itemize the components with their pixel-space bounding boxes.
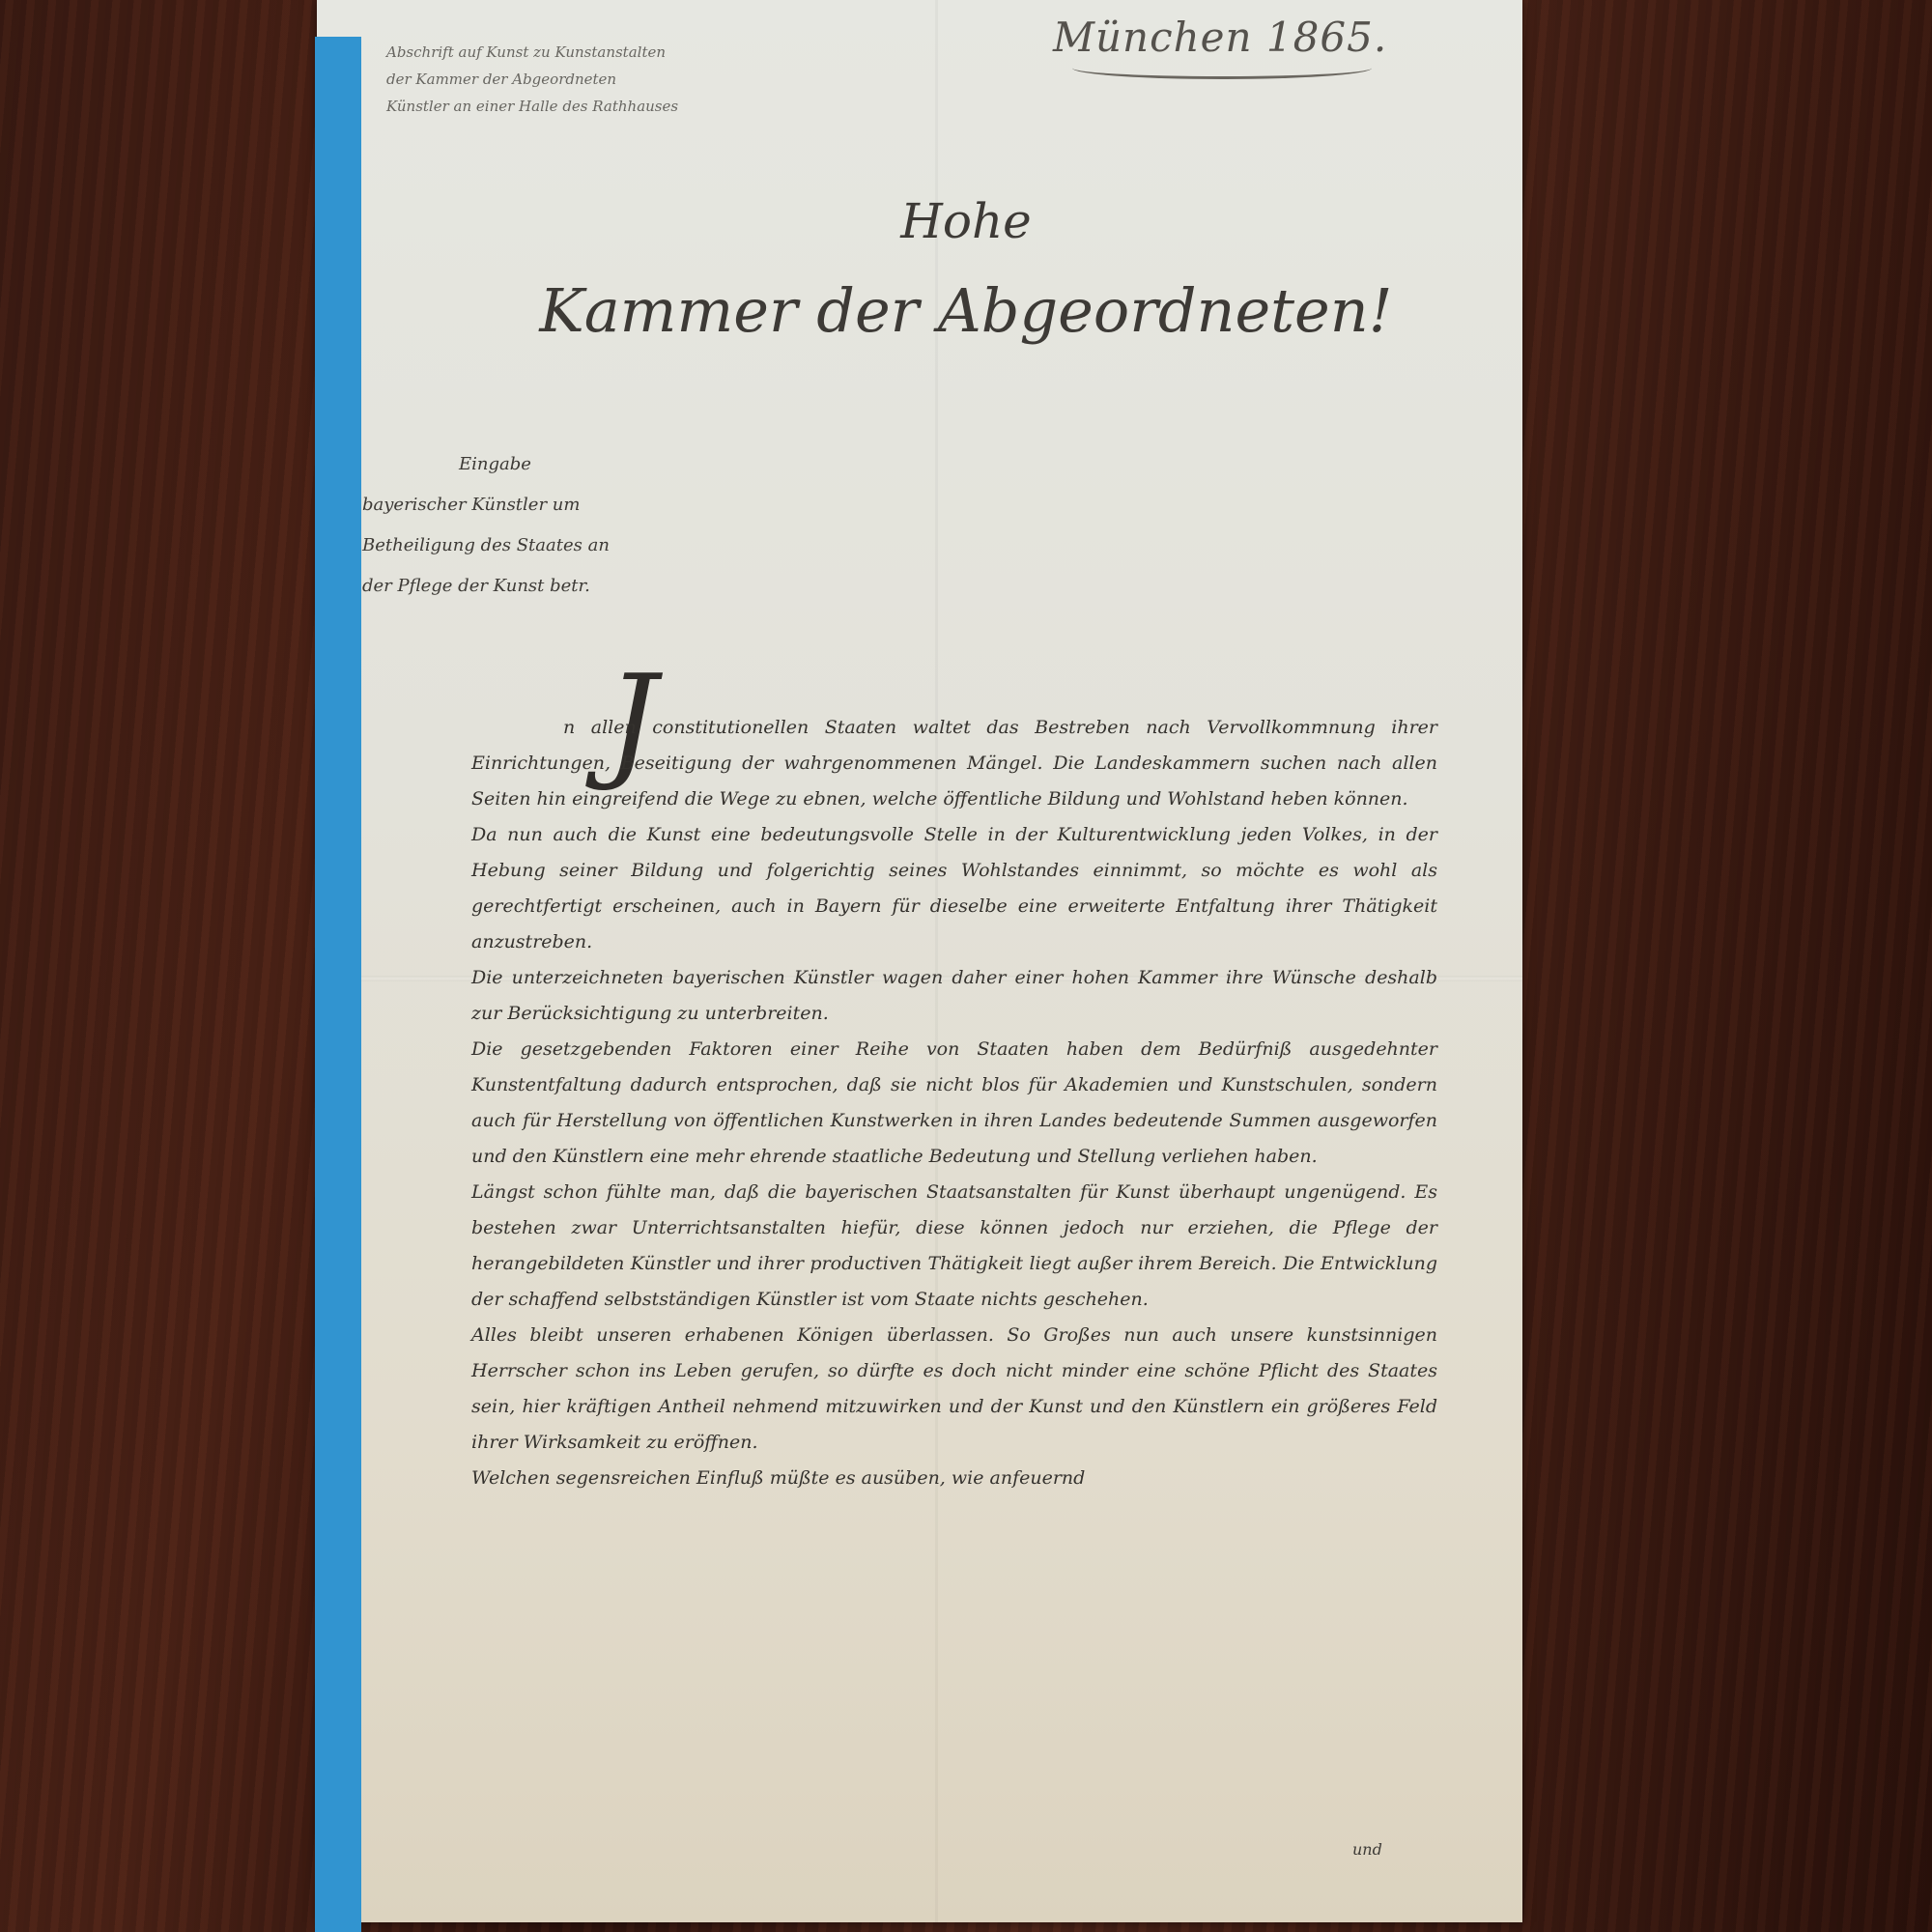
paragraph: Die gesetzgebenden Faktoren einer Reihe …	[471, 1032, 1437, 1175]
subject-block: Eingabe bayerischer Künstler um Betheili…	[362, 444, 749, 607]
subject-line: bayerischer Künstler um	[362, 485, 749, 526]
paragraph: Die unterzeichneten bayerischen Künstler…	[471, 960, 1437, 1032]
paragraph: Da nun auch die Kunst eine bedeutungsvol…	[471, 817, 1437, 960]
place-date-text: München 1865.	[1053, 14, 1387, 61]
place-date-heading: München 1865.	[1053, 14, 1387, 79]
salutation-line-1: Hohe	[0, 193, 1932, 249]
margin-note-line: Künstler an einer Halle des Rathhauses	[386, 93, 889, 120]
paragraph: Alles bleibt unseren erhabenen Königen ü…	[471, 1318, 1437, 1461]
paragraph: Längst schon fühlte man, daß die bayeris…	[471, 1175, 1437, 1318]
subject-line: Eingabe	[362, 444, 749, 485]
subject-line: der Pflege der Kunst betr.	[362, 566, 749, 607]
paragraph: Welchen segensreichen Einfluß müßte es a…	[471, 1461, 1437, 1496]
paragraph: n allen constitutionellen Staaten waltet…	[471, 710, 1437, 817]
subject-line: Betheiligung des Staates an	[362, 526, 749, 566]
salutation-line-2: Kammer der Abgeordneten!	[0, 275, 1932, 346]
catchword: und	[1352, 1840, 1382, 1859]
margin-note-line: der Kammer der Abgeordneten	[386, 66, 889, 93]
margin-note: Abschrift auf Kunst zu Kunstanstalten de…	[386, 39, 889, 120]
petition-body: n allen constitutionellen Staaten waltet…	[471, 710, 1437, 1496]
margin-note-line: Abschrift auf Kunst zu Kunstanstalten	[386, 39, 889, 66]
